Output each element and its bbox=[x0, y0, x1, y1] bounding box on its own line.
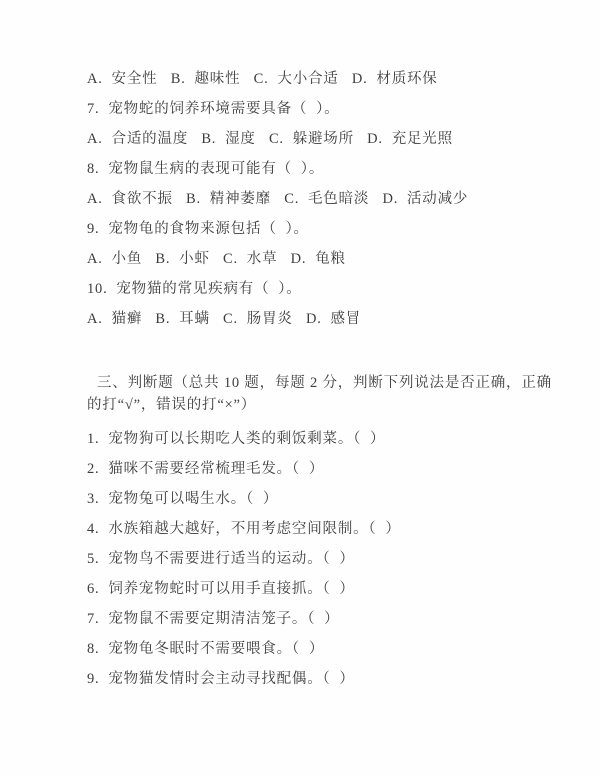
exam-content: A. 安全性 B. 趣味性 C. 大小合适 D. 材质环保 7. 宠物蛇的饲养环… bbox=[0, 0, 600, 694]
mc-options-line: A. 合适的温度 B. 湿度 C. 躲避场所 D. 充足光照 bbox=[87, 124, 560, 154]
judgment-question-line: 6. 饲养宠物蛇时可以用手直接抓。（ ） bbox=[87, 574, 560, 604]
mc-options-line: A. 小鱼 B. 小虾 C. 水草 D. 龟粮 bbox=[87, 244, 560, 274]
judgment-question-line: 8. 宠物龟冬眠时不需要喂食。（ ） bbox=[87, 634, 560, 664]
judgment-section-header-line2: 的打“√”，错误的打“×”） bbox=[87, 394, 560, 416]
judgment-question-line: 3. 宠物兔可以喝生水。（ ） bbox=[87, 484, 560, 514]
judgment-question-line: 1. 宠物狗可以长期吃人类的剩饭剩菜。（ ） bbox=[87, 424, 560, 454]
mc-question-line: 8. 宠物鼠生病的表现可能有（ ）。 bbox=[87, 154, 560, 184]
mc-question-line: 9. 宠物龟的食物来源包括（ ）。 bbox=[87, 214, 560, 244]
judgment-section-header: 三、判断题（总共 10 题，每题 2 分，判断下列说法是否正确，正确 的打“√”… bbox=[87, 372, 560, 416]
mc-options-line: A. 食欲不振 B. 精神萎靡 C. 毛色暗淡 D. 活动减少 bbox=[87, 184, 560, 214]
exam-document-page: A. 安全性 B. 趣味性 C. 大小合适 D. 材质环保 7. 宠物蛇的饲养环… bbox=[0, 0, 600, 776]
judgment-question-line: 4. 水族箱越大越好，不用考虑空间限制。（ ） bbox=[87, 514, 560, 544]
mc-options-line: A. 猫癣 B. 耳螨 C. 肠胃炎 D. 感冒 bbox=[87, 304, 560, 334]
judgment-question-line: 7. 宠物鼠不需要定期清洁笼子。（ ） bbox=[87, 604, 560, 634]
judgment-question-line: 5. 宠物鸟不需要进行适当的运动。（ ） bbox=[87, 544, 560, 574]
mc-question-line: 7. 宠物蛇的饲养环境需要具备（ ）。 bbox=[87, 94, 560, 124]
mc-options-line: A. 安全性 B. 趣味性 C. 大小合适 D. 材质环保 bbox=[87, 64, 560, 94]
judgment-section-header-line1: 三、判断题（总共 10 题，每题 2 分，判断下列说法是否正确，正确 bbox=[87, 372, 560, 394]
judgment-question-line: 9. 宠物猫发情时会主动寻找配偶。（ ） bbox=[87, 664, 560, 694]
judgment-question-line: 2. 猫咪不需要经常梳理毛发。（ ） bbox=[87, 454, 560, 484]
mc-question-line: 10. 宠物猫的常见疾病有（ ）。 bbox=[87, 274, 560, 304]
